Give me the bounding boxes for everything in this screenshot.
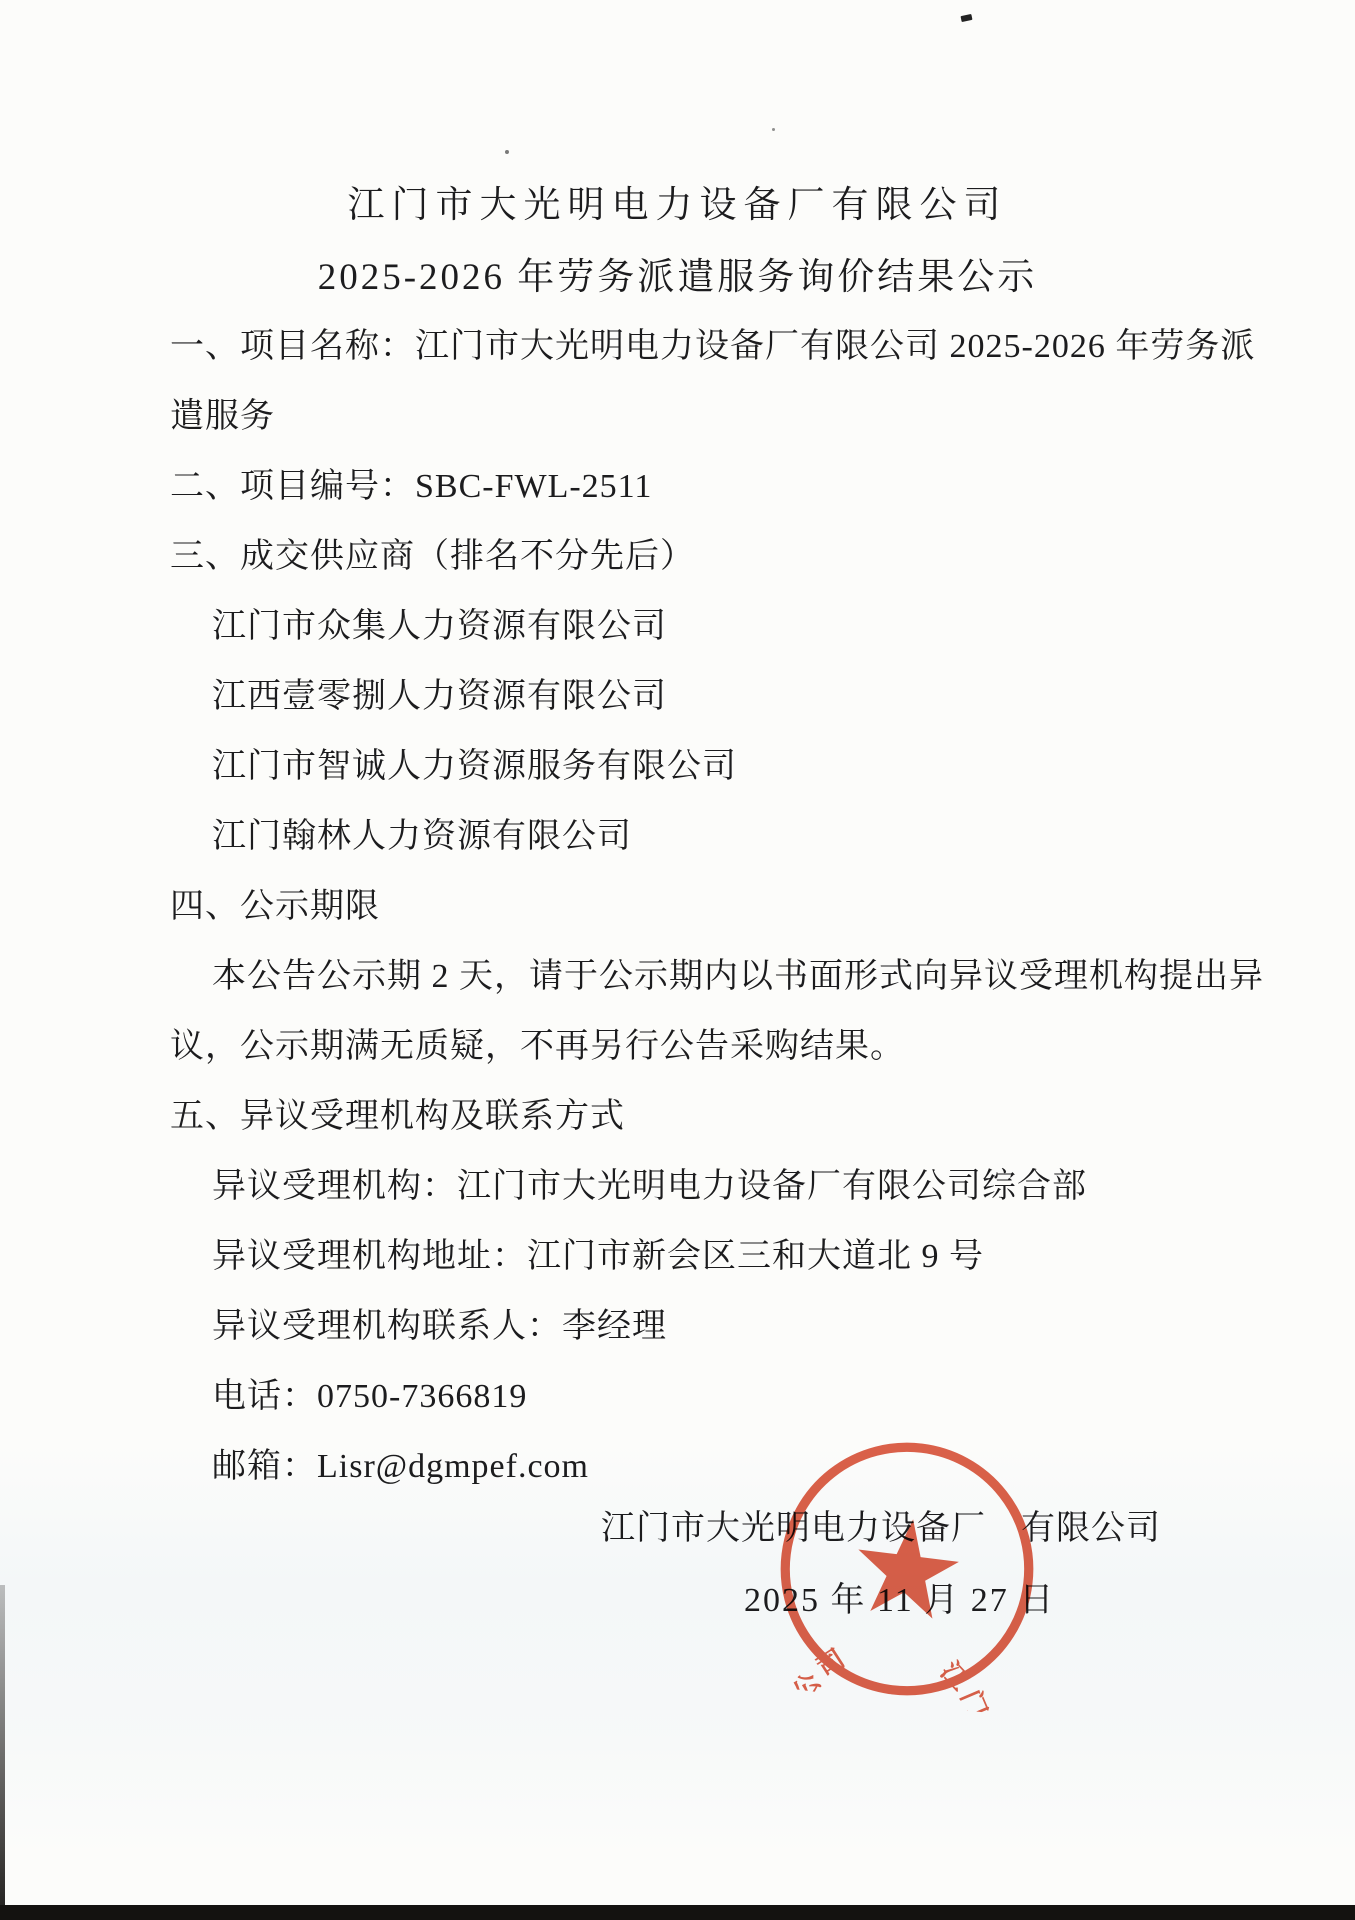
- scanned-document-page: 江门市大光明电力设备厂有限公司 2025-2026 年劳务派遣服务询价结果公示 …: [0, 0, 1355, 1920]
- signature-date: 2025 年 11 月 27 日: [744, 1572, 1055, 1621]
- doc-line-period-text-2: 议，公示期满无质疑，不再另行公告采购结果。: [170, 1012, 1245, 1082]
- scan-artifact: [505, 150, 509, 154]
- doc-line-period-heading: 四、公示期限: [170, 872, 1245, 942]
- doc-line-supplier-1: 江门市众集人力资源有限公司: [170, 592, 1245, 662]
- doc-line-project-number: 二、项目编号：SBC-FWL-2511: [170, 452, 1245, 522]
- doc-line-supplier-3: 江门市智诚人力资源服务有限公司: [170, 732, 1245, 802]
- svg-text:江门市大光明电力设备厂有限公司: 江门市大光明电力设备厂有限公司: [760, 1635, 1010, 1717]
- document-title-line-1: 江门市大光明电力设备厂有限公司: [0, 170, 1355, 242]
- scan-artifact: [772, 128, 775, 131]
- doc-line-period-text-1: 本公告公示期 2 天，请于公示期内以书面形式向异议受理机构提出异: [170, 942, 1245, 1012]
- doc-line-suppliers-heading: 三、成交供应商（排名不分先后）: [170, 522, 1245, 592]
- doc-line-contact-org: 异议受理机构：江门市大光明电力设备厂有限公司综合部: [170, 1152, 1245, 1222]
- doc-line-contact-phone: 电话：0750-7366819: [170, 1362, 1245, 1432]
- scan-edge-shadow: [0, 1585, 5, 1920]
- doc-line-supplier-4: 江门翰林人力资源有限公司: [170, 802, 1245, 872]
- doc-line-supplier-2: 江西壹零捌人力资源有限公司: [170, 662, 1245, 732]
- doc-line-contact-email: 邮箱：Lisr@dgmpef.com: [170, 1432, 1245, 1502]
- document-header: 江门市大光明电力设备厂有限公司 2025-2026 年劳务派遣服务询价结果公示: [0, 170, 1355, 314]
- doc-line-contact-heading: 五、异议受理机构及联系方式: [170, 1082, 1245, 1152]
- doc-line-project-name-wrap: 遣服务: [170, 382, 1245, 452]
- scan-edge-bar: [0, 1905, 1355, 1920]
- doc-line-contact-address: 异议受理机构地址：江门市新会区三和大道北 9 号: [170, 1222, 1245, 1292]
- seal-ring-text: 江门市大光明电力设备厂有限公司: [760, 1635, 1010, 1717]
- signature-company: 江门市大光明电力设备厂 有限公司: [601, 1500, 1161, 1549]
- scan-artifact: [960, 14, 972, 22]
- document-body: 一、项目名称：江门市大光明电力设备厂有限公司 2025-2026 年劳务派 遣服…: [170, 312, 1245, 1502]
- doc-line-contact-person: 异议受理机构联系人：李经理: [170, 1292, 1245, 1362]
- doc-line-project-name: 一、项目名称：江门市大光明电力设备厂有限公司 2025-2026 年劳务派: [170, 312, 1245, 382]
- document-title-line-2: 2025-2026 年劳务派遣服务询价结果公示: [0, 242, 1355, 314]
